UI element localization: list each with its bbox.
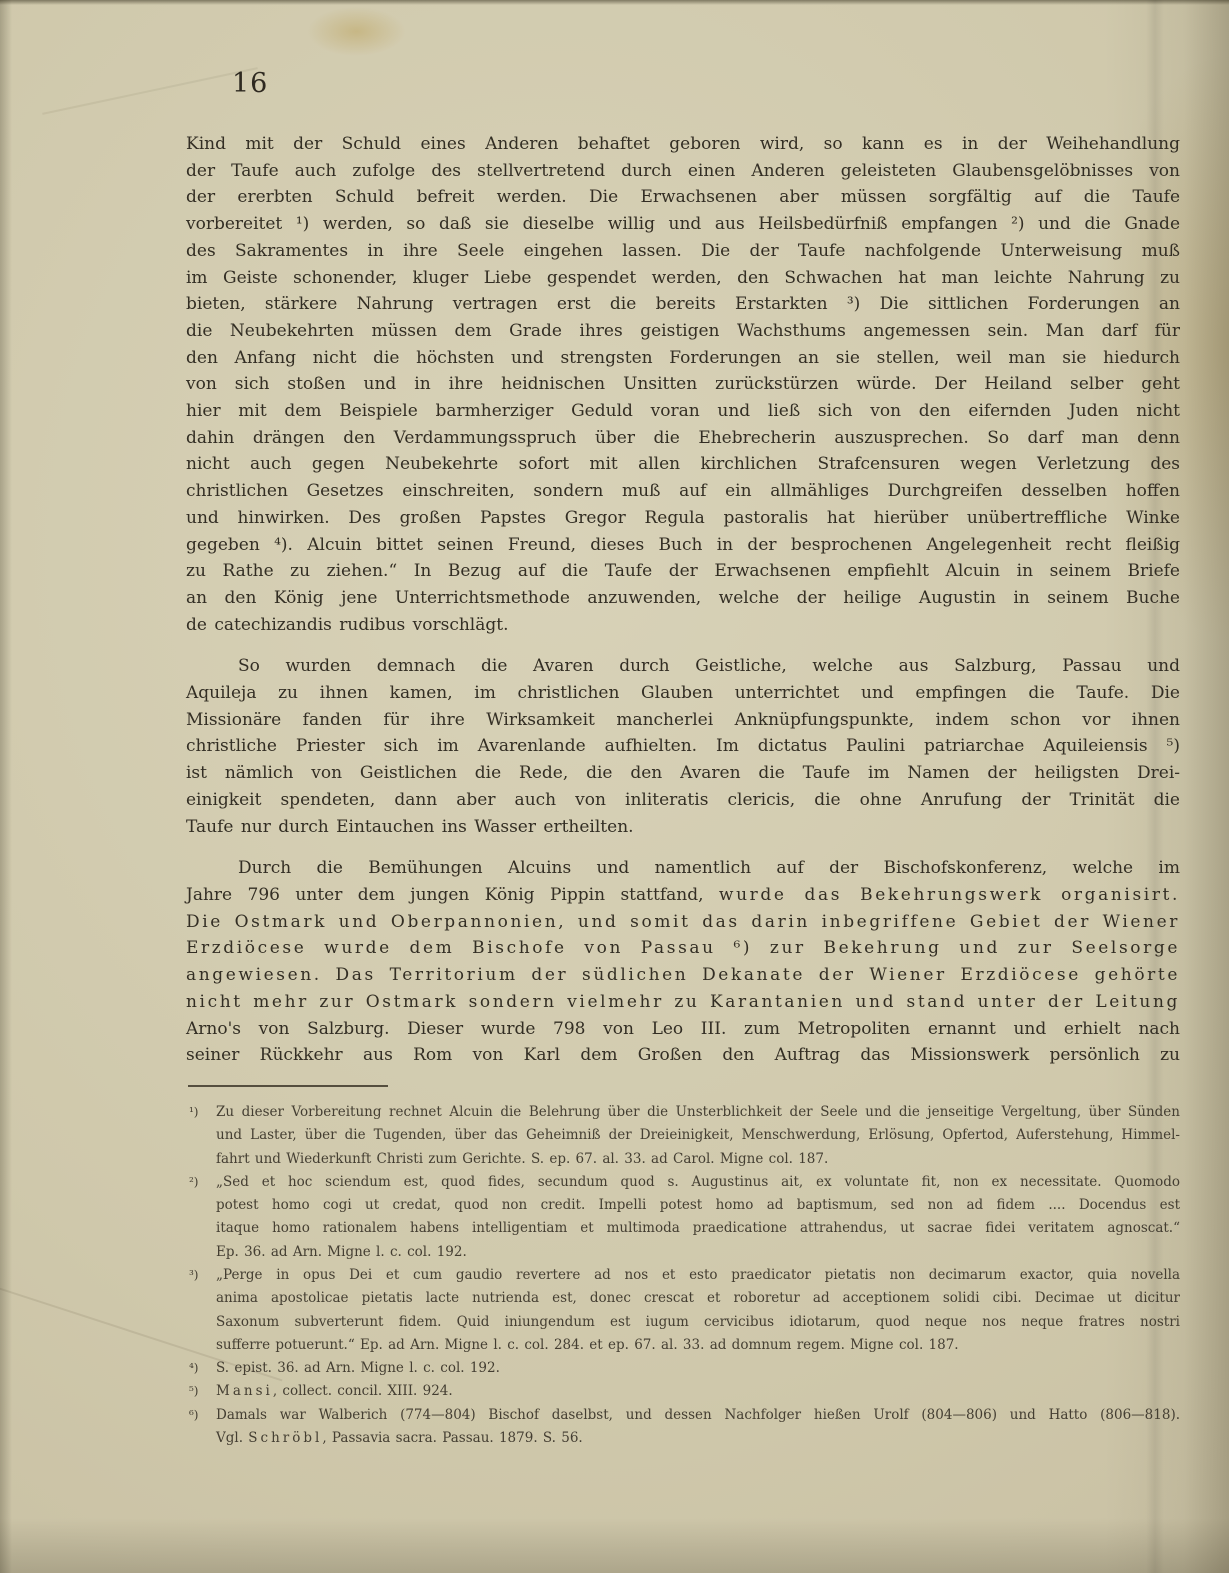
page-number: 16 <box>232 68 268 99</box>
text-segment: der Taufe auch zufolge des stellvertrete… <box>186 161 1180 181</box>
emphasized-letterspaced-text: nicht mehr zur Ostmark sondern vielmehr … <box>186 992 1180 1012</box>
text-line: bieten, stärkere Nahrung vertragen erst … <box>186 291 1180 318</box>
text-line: und hinwirken. Des großen Papstes Gregor… <box>186 505 1180 532</box>
text-segment: der ererbten Schuld befreit werden. Die … <box>186 187 1180 207</box>
footnote: ⁵)Mansi, collect. concil. XIII. 924. <box>186 1380 1180 1403</box>
footnote-marker: ¹) <box>189 1101 199 1124</box>
text-segment: „Perge in opus Dei et cum gaudio reverte… <box>216 1267 1180 1283</box>
text-segment: Damals war Walberich (774—804) Bischof d… <box>216 1407 1180 1423</box>
text-line: Kind mit der Schuld eines Anderen behaft… <box>186 131 1180 158</box>
text-line: von sich stoßen und in ihre heidnischen … <box>186 371 1180 398</box>
text-line: christliche Priester sich im Avarenlande… <box>186 733 1180 760</box>
text-line: ist nämlich von Geistlichen die Rede, di… <box>186 760 1180 787</box>
text-line: seiner Rückkehr aus Rom von Karl dem Gro… <box>186 1042 1180 1069</box>
text-line: anima apostolicae pietatis lacte nutrien… <box>216 1287 1180 1310</box>
text-segment: dahin drängen den Verdammungsspruch über… <box>186 428 1180 448</box>
text-segment: itaque homo rationalem habens intelligen… <box>216 1220 1180 1236</box>
footnote-marker: ³) <box>189 1264 199 1287</box>
text-line: ⁶)Damals war Walberich (774—804) Bischof… <box>216 1404 1180 1427</box>
footnote: ⁶)Damals war Walberich (774—804) Bischof… <box>186 1404 1180 1451</box>
text-line: an den König jene Unterrichtsmethode anz… <box>186 585 1180 612</box>
text-segment: bieten, stärkere Nahrung vertragen erst … <box>186 294 1180 314</box>
text-line: zu Rathe zu ziehen.“ In Bezug auf die Ta… <box>186 558 1180 585</box>
text-segment: So wurden demnach die Avaren durch Geist… <box>238 656 1180 676</box>
footnote: ²)„Sed et hoc sciendum est, quod fides, … <box>186 1171 1180 1264</box>
emphasized-letterspaced-text: wurde das Bekehrungswerk organisirt. <box>719 885 1180 905</box>
text-segment: des Sakramentes in ihre Seele eingehen l… <box>186 241 1180 261</box>
text-line: und Laster, über die Tugenden, über das … <box>216 1124 1180 1147</box>
text-line: ³)„Perge in opus Dei et cum gaudio rever… <box>216 1264 1180 1287</box>
text-line: im Geiste schonender, kluger Liebe gespe… <box>186 265 1180 292</box>
text-segment: potest homo cogi ut credat, quod non cre… <box>216 1197 1180 1213</box>
book-page-scan: 16 Kind mit der Schuld eines Anderen beh… <box>0 0 1229 1573</box>
text-line: den Anfang nicht die höchsten und streng… <box>186 345 1180 372</box>
text-segment: „Sed et hoc sciendum est, quod fides, se… <box>216 1174 1180 1190</box>
text-segment: Aquileja zu ihnen kamen, im christlichen… <box>186 683 1180 703</box>
text-line: dahin drängen den Verdammungsspruch über… <box>186 425 1180 452</box>
text-segment: fahrt und Wiederkunft Christi zum Gerich… <box>216 1151 828 1167</box>
footnote: ⁴)S. epist. 36. ad Arn. Migne l. c. col.… <box>186 1357 1180 1380</box>
text-line: itaque homo rationalem habens intelligen… <box>216 1217 1180 1240</box>
footnote-separator-rule <box>188 1085 388 1087</box>
text-line: nicht auch gegen Neubekehrte sofort mit … <box>186 451 1180 478</box>
text-line: Ep. 36. ad Arn. Migne l. c. col. 192. <box>216 1241 1180 1264</box>
text-line: sufferre potuerunt.“ Ep. ad Arn. Migne l… <box>216 1334 1180 1357</box>
text-segment: Arno's von Salzburg. Dieser wurde 798 vo… <box>186 1019 1180 1039</box>
text-line: ¹)Zu dieser Vorbereitung rechnet Alcuin … <box>216 1101 1180 1124</box>
text-segment: zu Rathe zu ziehen.“ In Bezug auf die Ta… <box>186 561 1180 581</box>
emphasized-letterspaced-text: Die Ostmark und Oberpannonien, und somit… <box>186 912 1180 932</box>
paragraph: So wurden demnach die Avaren durch Geist… <box>186 653 1180 840</box>
text-line: Arno's von Salzburg. Dieser wurde 798 vo… <box>186 1016 1180 1043</box>
text-segment: christlichen Gesetzes einschreiten, sond… <box>186 481 1180 501</box>
text-segment: seiner Rückkehr aus Rom von Karl dem Gro… <box>186 1045 1180 1065</box>
text-segment: Zu dieser Vorbereitung rechnet Alcuin di… <box>216 1104 1180 1120</box>
text-line: Durch die Bemühungen Alcuins und namentl… <box>186 855 1180 882</box>
text-segment: die Neubekehrten müssen dem Grade ihres … <box>186 321 1180 341</box>
text-segment: an den König jene Unterrichtsmethode anz… <box>186 588 1180 608</box>
page-content: Kind mit der Schuld eines Anderen behaft… <box>186 131 1180 1450</box>
text-line: einigkeit spendeten, dann aber auch von … <box>186 787 1180 814</box>
text-line: die Neubekehrten müssen dem Grade ihres … <box>186 318 1180 345</box>
text-line: der Taufe auch zufolge des stellvertrete… <box>186 158 1180 185</box>
paragraph: Durch die Bemühungen Alcuins und namentl… <box>186 855 1180 1069</box>
text-line: Jahre 796 unter dem jungen König Pippin … <box>186 882 1180 909</box>
text-segment: sufferre potuerunt.“ Ep. ad Arn. Migne l… <box>216 1337 959 1353</box>
text-segment: Durch die Bemühungen Alcuins und namentl… <box>238 858 1180 878</box>
footnote: ¹)Zu dieser Vorbereitung rechnet Alcuin … <box>186 1101 1180 1171</box>
text-line: gegeben ⁴). Alcuin bittet seinen Freund,… <box>186 532 1180 559</box>
text-line: ⁵)Mansi, collect. concil. XIII. 924. <box>216 1380 1180 1403</box>
footnotes-section: ¹)Zu dieser Vorbereitung rechnet Alcuin … <box>186 1101 1180 1450</box>
text-line: So wurden demnach die Avaren durch Geist… <box>186 653 1180 680</box>
main-text: Kind mit der Schuld eines Anderen behaft… <box>186 131 1180 1069</box>
text-line: angewiesen. Das Territorium der südliche… <box>186 962 1180 989</box>
emphasized-letterspaced-text: angewiesen. Das Territorium der südliche… <box>186 965 1180 985</box>
text-segment: und Laster, über die Tugenden, über das … <box>216 1127 1180 1143</box>
text-segment: gegeben ⁴). Alcuin bittet seinen Freund,… <box>186 535 1180 555</box>
text-segment: ist nämlich von Geistlichen die Rede, di… <box>186 763 1180 783</box>
footnote-marker: ⁴) <box>189 1357 199 1380</box>
footnote-marker: ⁶) <box>189 1404 199 1427</box>
text-segment: hier mit dem Beispiele barmherziger Gedu… <box>186 401 1180 421</box>
text-segment: christliche Priester sich im Avarenlande… <box>186 736 1180 756</box>
text-line: ⁴)S. epist. 36. ad Arn. Migne l. c. col.… <box>216 1357 1180 1380</box>
text-segment: und hinwirken. Des großen Papstes Gregor… <box>186 508 1180 528</box>
text-segment: im Geiste schonender, kluger Liebe gespe… <box>186 268 1180 288</box>
text-line: Vgl. Schröbl, Passavia sacra. Passau. 18… <box>216 1427 1180 1450</box>
text-line: fahrt und Wiederkunft Christi zum Gerich… <box>216 1148 1180 1171</box>
text-line: Erzdiöcese wurde dem Bischofe von Passau… <box>186 935 1180 962</box>
paper-crease <box>42 67 258 115</box>
text-segment: Vgl. <box>216 1430 248 1446</box>
text-line: potest homo cogi ut credat, quod non cre… <box>216 1194 1180 1217</box>
emphasized-letterspaced-text: Erzdiöcese wurde dem Bischofe von Passau… <box>186 938 1180 958</box>
text-line: vorbereitet ¹) werden, so daß sie diesel… <box>186 211 1180 238</box>
text-segment: S. epist. 36. ad Arn. Migne l. c. col. 1… <box>216 1360 500 1376</box>
text-line: christlichen Gesetzes einschreiten, sond… <box>186 478 1180 505</box>
text-segment: anima apostolicae pietatis lacte nutrien… <box>216 1290 1180 1306</box>
text-segment: Missionäre fanden für ihre Wirksamkeit m… <box>186 710 1180 730</box>
text-line: des Sakramentes in ihre Seele eingehen l… <box>186 238 1180 265</box>
text-segment: nicht auch gegen Neubekehrte sofort mit … <box>186 454 1180 474</box>
text-segment: Taufe nur durch Eintauchen ins Wasser er… <box>186 817 634 837</box>
text-line: Saxonum subverterunt fidem. Quid iniunge… <box>216 1311 1180 1334</box>
footnote-marker: ⁵) <box>189 1380 199 1403</box>
text-line: Taufe nur durch Eintauchen ins Wasser er… <box>186 814 1180 841</box>
emphasized-letterspaced-text: Mansi <box>216 1383 273 1399</box>
text-segment: Saxonum subverterunt fidem. Quid iniunge… <box>216 1314 1180 1330</box>
text-segment: , collect. concil. XIII. 924. <box>273 1383 453 1399</box>
text-line: ²)„Sed et hoc sciendum est, quod fides, … <box>216 1171 1180 1194</box>
text-segment: Ep. 36. ad Arn. Migne l. c. col. 192. <box>216 1244 467 1260</box>
text-line: de catechizandis rudibus vorschlägt. <box>186 612 1180 639</box>
text-segment: vorbereitet ¹) werden, so daß sie diesel… <box>186 214 1180 234</box>
footnote-marker: ²) <box>189 1171 199 1194</box>
text-segment: Jahre 796 unter dem jungen König Pippin … <box>186 885 719 905</box>
text-line: nicht mehr zur Ostmark sondern vielmehr … <box>186 989 1180 1016</box>
text-segment: de catechizandis rudibus vorschlägt. <box>186 615 509 635</box>
text-segment: von sich stoßen und in ihre heidnischen … <box>186 374 1180 394</box>
text-segment: , Passavia sacra. Passau. 1879. S. 56. <box>322 1430 582 1446</box>
text-line: hier mit dem Beispiele barmherziger Gedu… <box>186 398 1180 425</box>
emphasized-letterspaced-text: Schröbl <box>248 1430 322 1446</box>
footnote: ³)„Perge in opus Dei et cum gaudio rever… <box>186 1264 1180 1357</box>
text-segment: den Anfang nicht die höchsten und streng… <box>186 348 1180 368</box>
text-segment: einigkeit spendeten, dann aber auch von … <box>186 790 1180 810</box>
text-line: Missionäre fanden für ihre Wirksamkeit m… <box>186 707 1180 734</box>
text-line: Aquileja zu ihnen kamen, im christlichen… <box>186 680 1180 707</box>
text-segment: Kind mit der Schuld eines Anderen behaft… <box>186 134 1180 154</box>
text-line: Die Ostmark und Oberpannonien, und somit… <box>186 909 1180 936</box>
paragraph: Kind mit der Schuld eines Anderen behaft… <box>186 131 1180 638</box>
text-line: der ererbten Schuld befreit werden. Die … <box>186 184 1180 211</box>
